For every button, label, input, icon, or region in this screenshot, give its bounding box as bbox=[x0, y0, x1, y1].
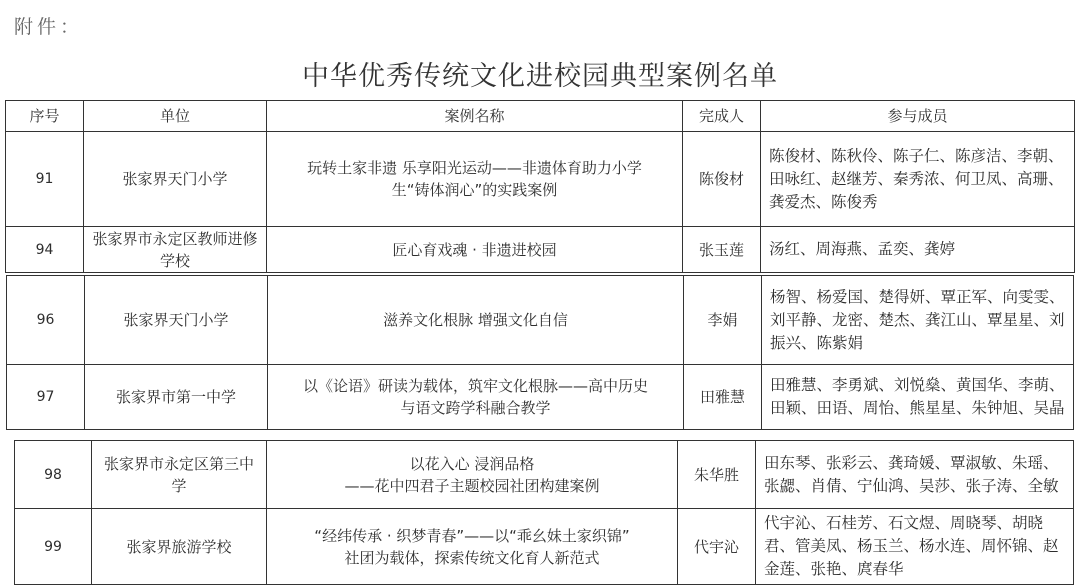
table-header-row: 序号 单位 案例名称 完成人 参与成员 bbox=[6, 101, 1075, 132]
column-header-unit: 单位 bbox=[84, 101, 267, 132]
table-row: 91 张家界天门小学 玩转土家非遗 乐享阳光运动——非遗体育助力小学 生“铸体润… bbox=[6, 132, 1075, 227]
row-unit: 张家界市第一中学 bbox=[85, 365, 268, 430]
case-table-fragment-3: 98 张家界市永定区第三中学 以花入心 浸润品格 ——花中四君子主题校园社团构建… bbox=[14, 440, 1074, 585]
row-case-name: “经纬传承 · 织梦青春”——以“乖幺妹土家织锦” 社团为载体，探索传统文化育人… bbox=[267, 509, 678, 585]
row-members: 汤红、周海燕、孟奕、龚婷 bbox=[761, 227, 1075, 273]
column-header-members: 参与成员 bbox=[761, 101, 1075, 132]
row-unit: 张家界天门小学 bbox=[84, 132, 267, 227]
row-no: 97 bbox=[7, 365, 85, 430]
row-unit: 张家界市永定区第三中学 bbox=[92, 441, 267, 509]
row-lead: 朱华胜 bbox=[678, 441, 756, 509]
row-lead: 陈俊材 bbox=[683, 132, 761, 227]
row-unit: 张家界天门小学 bbox=[85, 276, 268, 365]
row-case-name: 匠心育戏魂 · 非遗进校园 bbox=[267, 227, 683, 273]
row-members: 陈俊材、陈秋伶、陈子仁、陈彦洁、李朝、田咏红、赵继芳、秦秀浓、何卫凤、高珊、龚爱… bbox=[761, 132, 1075, 227]
column-header-lead: 完成人 bbox=[683, 101, 761, 132]
document-title: 中华优秀传统文化进校园典型案例名单 bbox=[0, 54, 1080, 93]
row-case-name: 以《论语》研读为载体，筑牢文化根脉——高中历史 与语文跨学科融合教学 bbox=[268, 365, 684, 430]
table-row: 99 张家界旅游学校 “经纬传承 · 织梦青春”——以“乖幺妹土家织锦” 社团为… bbox=[15, 509, 1074, 585]
row-no: 98 bbox=[15, 441, 92, 509]
case-table-fragment-1: 序号 单位 案例名称 完成人 参与成员 91 张家界天门小学 玩转土家非遗 乐享… bbox=[5, 100, 1075, 273]
row-lead: 张玉莲 bbox=[683, 227, 761, 273]
row-no: 99 bbox=[15, 509, 92, 585]
row-case-name: 玩转土家非遗 乐享阳光运动——非遗体育助力小学 生“铸体润心”的实践案例 bbox=[267, 132, 683, 227]
row-no: 96 bbox=[7, 276, 85, 365]
case-table-fragment-2: 96 张家界天门小学 滋养文化根脉 增强文化自信 李娟 杨智、杨爱国、楚得妍、覃… bbox=[6, 275, 1074, 430]
row-members: 田东琴、张彩云、龚琦媛、覃淑敏、朱瑶、张勰、肖倩、宁仙鸿、吴莎、张子涛、全敏 bbox=[756, 441, 1074, 509]
table-row: 94 张家界市永定区教师进修学校 匠心育戏魂 · 非遗进校园 张玉莲 汤红、周海… bbox=[6, 227, 1075, 273]
row-members: 杨智、杨爱国、楚得妍、覃正军、向雯雯、刘平静、龙密、楚杰、龚江山、覃星星、刘振兴… bbox=[762, 276, 1074, 365]
row-case-name: 以花入心 浸润品格 ——花中四君子主题校园社团构建案例 bbox=[267, 441, 678, 509]
column-header-no: 序号 bbox=[6, 101, 84, 132]
row-lead: 李娟 bbox=[684, 276, 762, 365]
row-lead: 田雅慧 bbox=[684, 365, 762, 430]
table-row: 98 张家界市永定区第三中学 以花入心 浸润品格 ——花中四君子主题校园社团构建… bbox=[15, 441, 1074, 509]
row-members: 田雅慧、李勇斌、刘悦燊、黄国华、李萌、田颖、田语、周怡、熊星星、朱钟旭、吴晶 bbox=[762, 365, 1074, 430]
row-case-name: 滋养文化根脉 增强文化自信 bbox=[268, 276, 684, 365]
row-no: 94 bbox=[6, 227, 84, 273]
row-unit: 张家界市永定区教师进修学校 bbox=[84, 227, 267, 273]
row-members: 代宇沁、石桂芳、石文煜、周晓琴、胡晓君、管美凤、杨玉兰、杨水连、周怀锦、赵金莲、… bbox=[756, 509, 1074, 585]
table-row: 96 张家界天门小学 滋养文化根脉 增强文化自信 李娟 杨智、杨爱国、楚得妍、覃… bbox=[7, 276, 1074, 365]
column-header-case: 案例名称 bbox=[267, 101, 683, 132]
row-no: 91 bbox=[6, 132, 84, 227]
attachment-label: 附件： bbox=[14, 12, 83, 39]
row-lead: 代宇沁 bbox=[678, 509, 756, 585]
table-row: 97 张家界市第一中学 以《论语》研读为载体，筑牢文化根脉——高中历史 与语文跨… bbox=[7, 365, 1074, 430]
row-unit: 张家界旅游学校 bbox=[92, 509, 267, 585]
